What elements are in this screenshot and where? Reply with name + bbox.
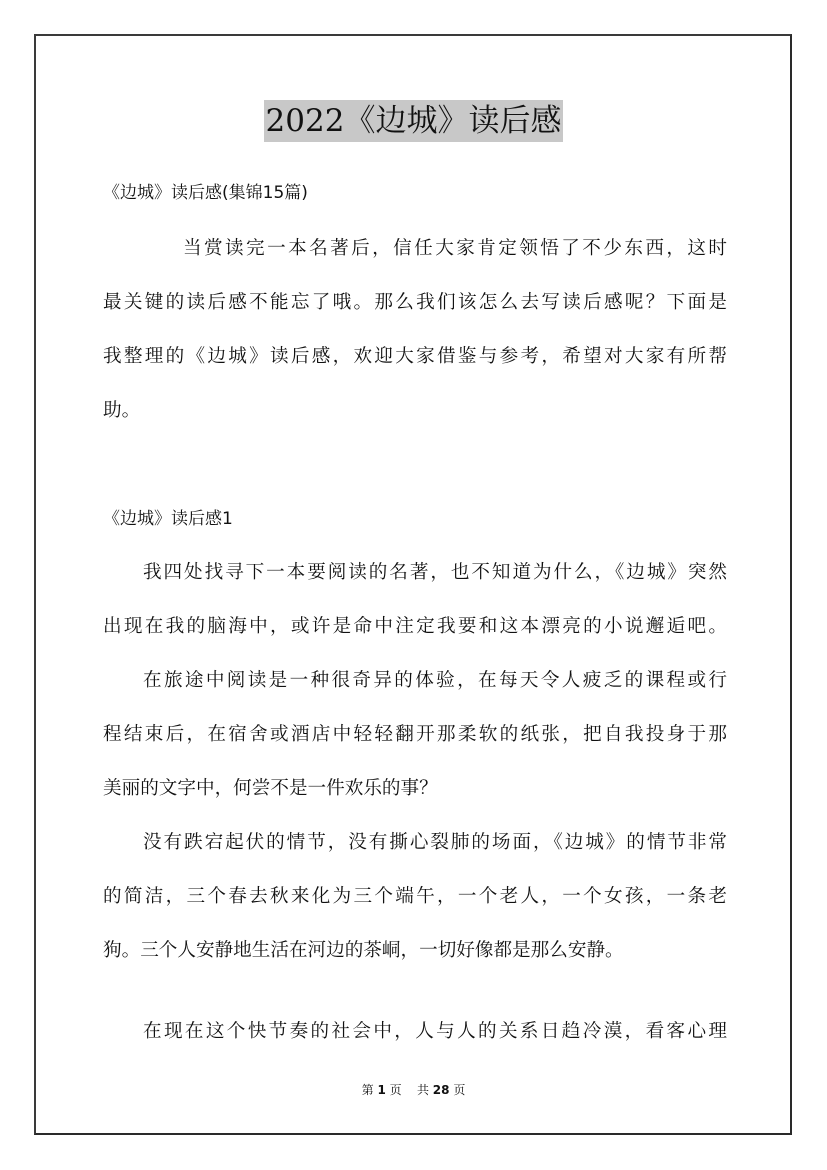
section-heading: 《边城》读后感1 bbox=[103, 507, 233, 531]
body-paragraph-line: 程结束后，在宿舍或酒店中轻轻翻开那柔软的纸张，把自我投身于那 bbox=[103, 722, 727, 748]
body-paragraph-line: 狗。三个人安静地生活在河边的茶峒，一切好像都是那么安静。 bbox=[103, 938, 727, 964]
page-footer: 第 1 页 共 28 页 bbox=[0, 1082, 827, 1098]
body-paragraph-line: 在现在这个快节奏的社会中，人与人的关系日趋冷漠，看客心理 bbox=[143, 1019, 727, 1045]
title-container: 2022《边城》读后感 bbox=[0, 100, 827, 142]
page-prefix: 第 bbox=[362, 1083, 374, 1097]
body-paragraph-line: 美丽的文字中，何尝不是一件欢乐的事？ bbox=[103, 776, 727, 802]
total-pages: 28 bbox=[433, 1083, 450, 1097]
document-title: 2022《边城》读后感 bbox=[264, 100, 564, 142]
body-paragraph-line: 出现在我的脑海中，或许是命中注定我要和这本漂亮的小说邂逅吧。 bbox=[103, 614, 727, 640]
intro-paragraph-line: 最关键的读后感不能忘了哦。那么我们该怎么去写读后感呢？下面是 bbox=[103, 290, 727, 316]
document-subtitle: 《边城》读后感(集锦15篇) bbox=[103, 181, 308, 205]
body-paragraph-line: 没有跌宕起伏的情节，没有撕心裂肺的场面，《边城》的情节非常 bbox=[143, 830, 727, 856]
body-paragraph-line: 的简洁，三个春去秋来化为三个端午，一个老人，一个女孩，一条老 bbox=[103, 884, 727, 910]
total-prefix: 共 bbox=[417, 1083, 429, 1097]
page-suffix: 页 bbox=[390, 1083, 402, 1097]
intro-paragraph-line: 当赏读完一本名著后，信任大家肯定领悟了不少东西，这时 bbox=[183, 236, 727, 262]
intro-paragraph-line: 助。 bbox=[103, 398, 727, 424]
body-paragraph-line: 我四处找寻下一本要阅读的名著，也不知道为什么，《边城》突然 bbox=[143, 560, 727, 586]
intro-paragraph-line: 我整理的《边城》读后感，欢迎大家借鉴与参考，希望对大家有所帮 bbox=[103, 344, 727, 370]
page-number: 1 bbox=[377, 1083, 385, 1097]
total-suffix: 页 bbox=[453, 1083, 465, 1097]
body-paragraph-line: 在旅途中阅读是一种很奇异的体验，在每天令人疲乏的课程或行 bbox=[143, 668, 727, 694]
